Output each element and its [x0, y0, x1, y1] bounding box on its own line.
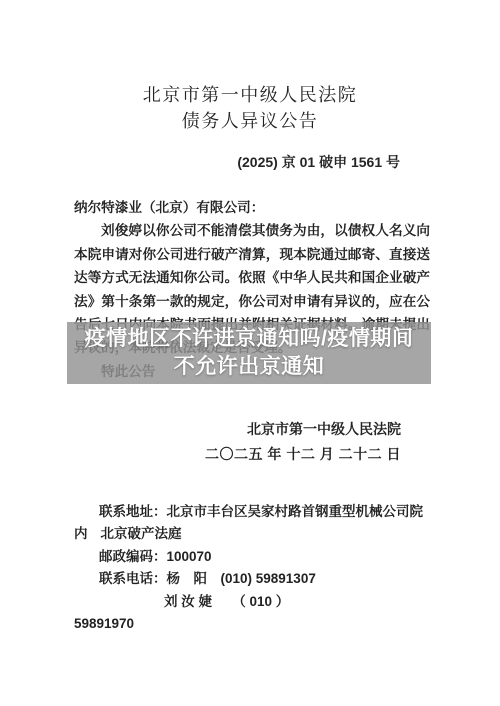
notice-body-line: 法》第十条第一款的规定，你公司对申请有异议的，应在公 [74, 290, 430, 313]
overlay-caption-line2: 不允许出京通知 [174, 353, 325, 381]
notice-type-title: 债务人异议公告 [0, 108, 500, 134]
overlay-caption-line1: 疫情地区不许进京通知吗/疫情期间 [85, 325, 414, 353]
contact-phone-line2: 刘 汝 婕 （ 010 ） [164, 591, 434, 613]
notice-body-line: 刘俊婷以你公司不能清偿其债务为由，以债权人名义向 [74, 219, 430, 242]
signature-block: 北京市第一中级人民法院 二〇二五 年 十二 月 二十二 日 [0, 417, 500, 467]
contact-phone-line3: 59891970 [74, 613, 434, 635]
contact-postcode-line: 邮政编码：100070 [74, 546, 434, 568]
contact-address-line2-prefix: 内 [74, 526, 88, 541]
document-title: 北京市第一中级人民法院 债务人异议公告 [0, 82, 500, 134]
contact-address-line2-text: 北京破产法庭 [101, 526, 182, 541]
signature-date: 二〇二五 年 十二 月 二十二 日 [0, 442, 401, 467]
contact-address-line1: 联系地址：北京市丰台区吴家村路首钢重型机械公司院 [74, 501, 434, 523]
overlay-caption-banner: 疫情地区不许进京通知吗/疫情期间 不允许出京通知 [67, 322, 431, 384]
notice-body-line: 达等方式无法通知你公司。依照《中华人民共和国企业破产 [74, 266, 430, 289]
court-name-title: 北京市第一中级人民法院 [0, 82, 500, 108]
contact-phone-line1: 联系电话：杨 阳 (010) 59891307 [74, 568, 434, 590]
case-number: (2025) 京 01 破申 1561 号 [0, 152, 500, 172]
contact-info: 联系地址：北京市丰台区吴家村路首钢重型机械公司院 内北京破产法庭 邮政编码：10… [74, 501, 434, 635]
addressee-line: 纳尔特漆业（北京）有限公司： [74, 196, 430, 219]
signature-court-name: 北京市第一中级人民法院 [0, 417, 401, 442]
contact-address-line2: 内北京破产法庭 [74, 523, 434, 545]
court-notice-page: 北京市第一中级人民法院 债务人异议公告 (2025) 京 01 破申 1561 … [0, 0, 500, 706]
notice-body-line: 本院申请对你公司进行破产清算，现本院通过邮寄、直接送 [74, 243, 430, 266]
